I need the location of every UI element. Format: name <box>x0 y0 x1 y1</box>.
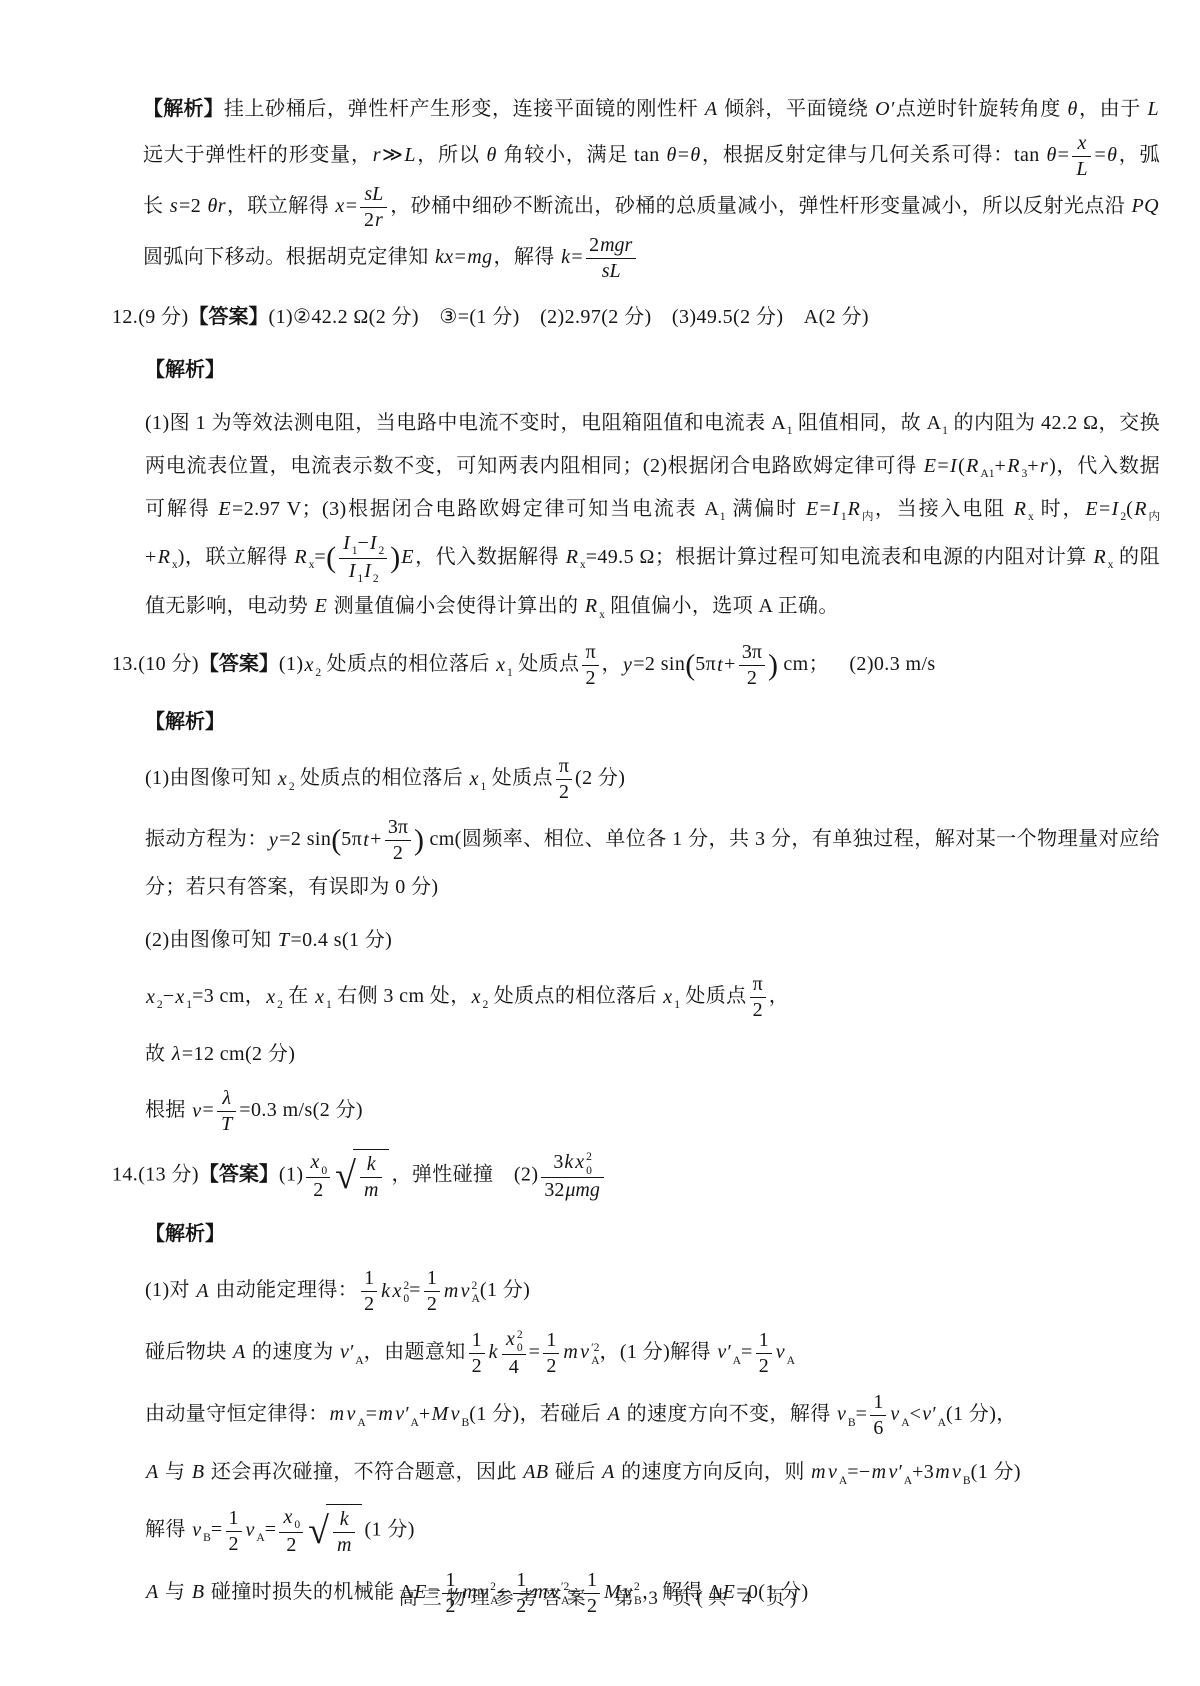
answer-14: 14.(13 分)【答案】(1)x 02√km，弹性碰撞 (2)3kx2032μ… <box>112 1149 1160 1203</box>
solution-13-lambda: 故 λ=12 cm(2 分) <box>145 1033 1160 1076</box>
answer-13: 13.(10 分)【答案】(1)x 2 处质点的相位落后 x 1 处质点π2，y… <box>112 640 1160 691</box>
solution-14-reverse: A 与 B 还会再次碰撞，不符合题意，因此 AB 碰后 A 的速度方向反向，则 … <box>145 1451 1160 1494</box>
exam-answer-page: 【解析】挂上砂桶后，弹性杆产生形变，连接平面镜的刚性杆 A 倾斜，平面镜绕 O′… <box>0 0 1200 1686</box>
solution-14-energy: (1)对 A 由动能定理得：12kx20=12mv2A(1 分) <box>145 1266 1160 1317</box>
solution-12-paragraph: (1)图 1 为等效法测电阻，当电路中电流不变时，电阻箱阻值和电流表 A 1 阻… <box>145 402 1160 628</box>
solution-13-wavelength: x 2−x 1=3 cm，x 2 在 x 1 右侧 3 cm 处，x 2 处质点… <box>145 972 1160 1023</box>
solution-13-equation: 振动方程为：y=2 sin(5πt+3π2) cm(圆频率、相位、单位各 1 分… <box>145 815 1160 909</box>
solution-14-after-collision: 碰后物块 A 的速度为 v′ A，由题意知12kx204=12mv′2A，(1 … <box>145 1327 1160 1380</box>
solution-13-speed: 根据 v=λT=0.3 m/s(2 分) <box>145 1086 1160 1137</box>
footer-text: 高三物理参考答案 第 3 页(共 4 页) <box>399 1588 802 1609</box>
page-footer: 高三物理参考答案 第 3 页(共 4 页) <box>0 1579 1200 1620</box>
solution-13-part1: (1)由图像可知 x 2 处质点的相位落后 x 1 处质点π2(2 分) <box>145 754 1160 805</box>
solution-13-heading: 【解析】 <box>145 701 1160 744</box>
solution-13-part2: (2)由图像可知 T=0.4 s(1 分) <box>145 919 1160 962</box>
solution-14-heading: 【解析】 <box>145 1213 1160 1256</box>
solution-14-momentum: 由动量守恒定律得：mv A=mv′ A+Mv B(1 分)，若碰后 A 的速度方… <box>145 1390 1160 1441</box>
solution-14-vb: 解得 v B=12v A=x 02√km(1 分) <box>145 1504 1160 1558</box>
solution-11-paragraph: 【解析】挂上砂桶后，弹性杆产生形变，连接平面镜的刚性杆 A 倾斜，平面镜绕 O′… <box>143 88 1160 284</box>
solution-12-heading: 【解析】 <box>145 349 1160 392</box>
answers-content: 【解析】挂上砂桶后，弹性杆产生形变，连接平面镜的刚性杆 A 倾斜，平面镜绕 O′… <box>112 88 1160 1619</box>
answer-12: 12.(9 分)【答案】(1)②42.2 Ω(2 分) ③=(1 分) (2)2… <box>112 296 1160 339</box>
